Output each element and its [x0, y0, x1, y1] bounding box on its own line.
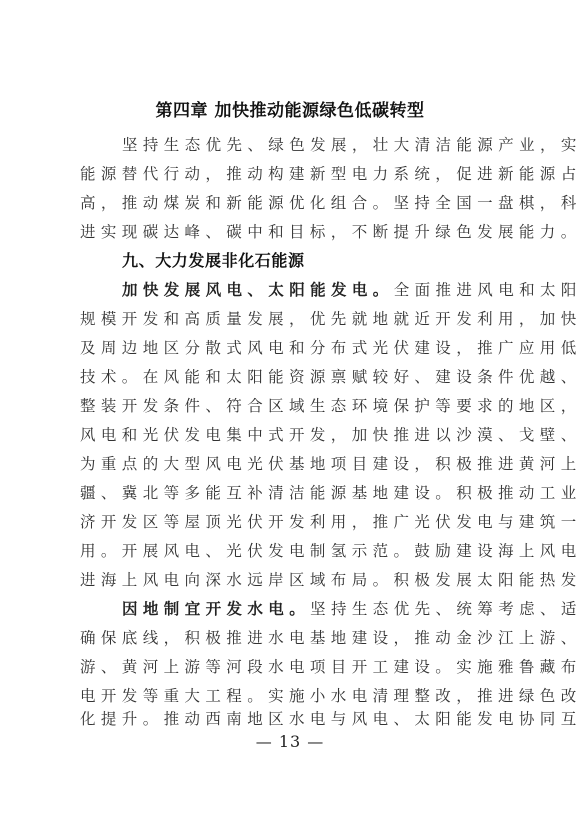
paragraph-line: 化提升。推动西南地区水电与风电、太阳能发电协同互补。到 [80, 705, 500, 733]
paragraph-line: 及周边地区分散式风电和分布式光伏建设，推广应用低风速风电 [80, 334, 500, 362]
paragraph-line: 风电和光伏发电集中式开发，加快推进以沙漠、戈壁、荒漠地区 [80, 421, 500, 449]
paragraph-line: 疆、冀北等多能互补清洁能源基地建设。积极推动工业园区、经 [80, 479, 500, 507]
intro-line: 进实现碳达峰、碳中和目标，不断提升绿色发展能力。 [80, 218, 500, 246]
paragraph-line: 游、黄河上游等河段水电项目开工建设。实施雅鲁藏布江下游水 [80, 653, 500, 681]
paragraph-lead: 加快发展风电、太阳能发电。 [122, 280, 394, 299]
paragraph-line: 用。开展风电、光伏发电制氢示范。鼓励建设海上风电基地，推 [80, 537, 500, 565]
paragraph-line: 加快发展风电、太阳能发电。全面推进风电和太阳能发电大 [80, 276, 500, 304]
chapter-title: 第四章 加快推动能源绿色低碳转型 [80, 96, 500, 121]
intro-line: 高，推动煤炭和新能源优化组合。坚持全国一盘棋，科学有序推 [80, 189, 500, 217]
paragraph-lead: 因地制宜开发水电。 [122, 599, 310, 618]
paragraph-line: 因地制宜开发水电。坚持生态优先、统筹考虑、适度开发、 [80, 595, 500, 623]
section-heading: 九、大力发展非化石能源 [80, 247, 500, 275]
paragraph-text: 全面推进风电和太阳能发电大 [394, 281, 580, 299]
page-number: — 13 — [80, 732, 500, 751]
paragraph-line: 整装开发条件、符合区域生态环境保护等要求的地区，有序推进 [80, 392, 500, 420]
paragraph-line: 技术。在风能和太阳能资源禀赋较好、建设条件优越、具备持续 [80, 363, 500, 391]
paragraph-line: 济开发区等屋顶光伏开发利用，推广光伏发电与建筑一体化应 [80, 508, 500, 536]
intro-line: 能源替代行动，推动构建新型电力系统，促进新能源占比逐渐提 [80, 160, 500, 188]
intro-line: 坚持生态优先、绿色发展，壮大清洁能源产业，实施可再生 [80, 131, 500, 159]
paragraph-text: 坚持生态优先、统筹考虑、适度开发、 [310, 600, 580, 618]
paragraph-line: 为重点的大型风电光伏基地项目建设，积极推进黄河上游、新 [80, 450, 500, 478]
paragraph-line: 进海上风电向深水远岸区域布局。积极发展太阳能热发电。 [80, 566, 500, 594]
paragraph-line: 确保底线，积极推进水电基地建设，推动金沙江上游、雅砻江中 [80, 624, 500, 652]
paragraph-line: 规模开发和高质量发展，优先就地就近开发利用，加快负荷中心 [80, 305, 500, 333]
